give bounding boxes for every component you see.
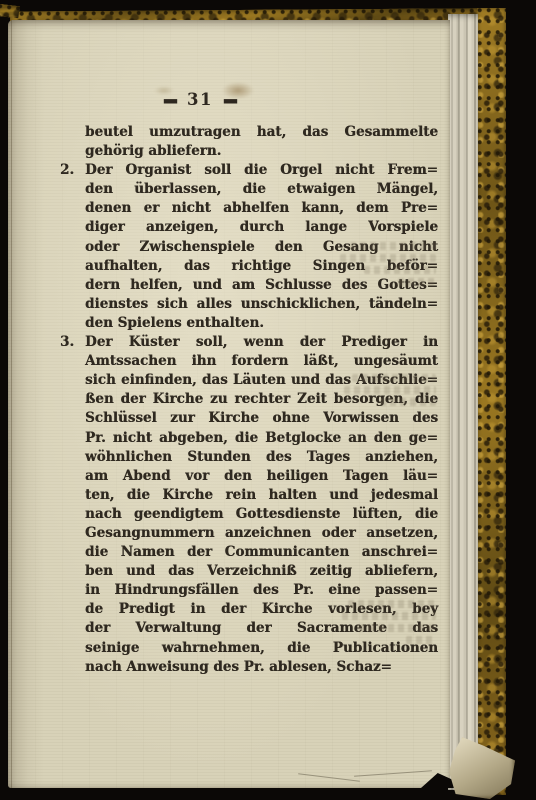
- text-line: nach geendigtem Gottesdienste lüften, di…: [85, 505, 438, 524]
- book-fore-edges: [448, 14, 478, 790]
- book-page: — 31 — beutel umzutragen hat, das Gesamm…: [8, 20, 450, 788]
- bleed-through-text: [340, 370, 436, 410]
- gutter-shadow: [8, 20, 44, 788]
- text-line: Amtssachen ihn fordern läßt, ungesäumt: [85, 352, 438, 371]
- paper-speck: [390, 128, 393, 131]
- paper-crease: [298, 773, 360, 782]
- item-number: 3.: [60, 333, 74, 352]
- bleed-through-text: [334, 238, 436, 290]
- text-line: diger anzeigen, durch lange Vorspiele: [85, 218, 438, 237]
- ink-stain: [222, 82, 254, 99]
- text-line: wöhnlichen Stunden des Tages anziehen,: [85, 448, 438, 467]
- text-line: Schlüssel zur Kirche ohne Vorwissen des: [85, 409, 438, 428]
- item-number: 2.: [60, 161, 74, 180]
- text-line: den Spielens enthalten.: [85, 314, 438, 333]
- text-line: nach Anweisung des Pr. ablesen, Schaz=: [85, 658, 438, 677]
- book-photo-scan: — 31 — beutel umzutragen hat, das Gesamm…: [0, 0, 536, 800]
- text-line: den überlassen, die etwaigen Mängel,: [85, 180, 438, 199]
- bleed-through-text: [338, 596, 436, 648]
- text-line-content: Der Küster soll, wenn der Prediger in: [85, 334, 438, 350]
- text-line: gehörig abliefern.: [85, 142, 438, 161]
- text-line: ten, die Kirche rein halten und jedesmal: [85, 486, 438, 505]
- cover-marble-corner: [0, 4, 20, 19]
- paper-crease: [354, 770, 432, 776]
- page-number-dash-left: —: [163, 77, 177, 122]
- text-line: die Namen der Communicanten anschrei=: [85, 543, 438, 562]
- text-line: 2.Der Organist soll die Orgel nicht Frem…: [85, 161, 438, 180]
- text-line: Gesangnummern anzeichnen oder ansetzen,: [85, 524, 438, 543]
- page-number: 31: [187, 90, 213, 109]
- text-line: 3.Der Küster soll, wenn der Prediger in: [85, 333, 438, 352]
- text-line: dienstes sich alles unschicklichen, tänd…: [85, 295, 438, 314]
- text-line: beutel umzutragen hat, das Gesammelte: [85, 123, 438, 142]
- text-line-content: Der Organist soll die Orgel nicht Frem=: [85, 162, 438, 178]
- text-line: ben und das Verzeichniß zeitig abliefern…: [85, 562, 438, 581]
- text-line: am Abend vor den heiligen Tagen läu=: [85, 467, 438, 486]
- text-line: denen er nicht abhelfen kann, dem Pre=: [85, 199, 438, 218]
- ink-stain: [154, 86, 174, 95]
- cover-marble-right-edge: [477, 8, 506, 795]
- text-line: Pr. nicht abgeben, die Betglocke an den …: [85, 429, 438, 448]
